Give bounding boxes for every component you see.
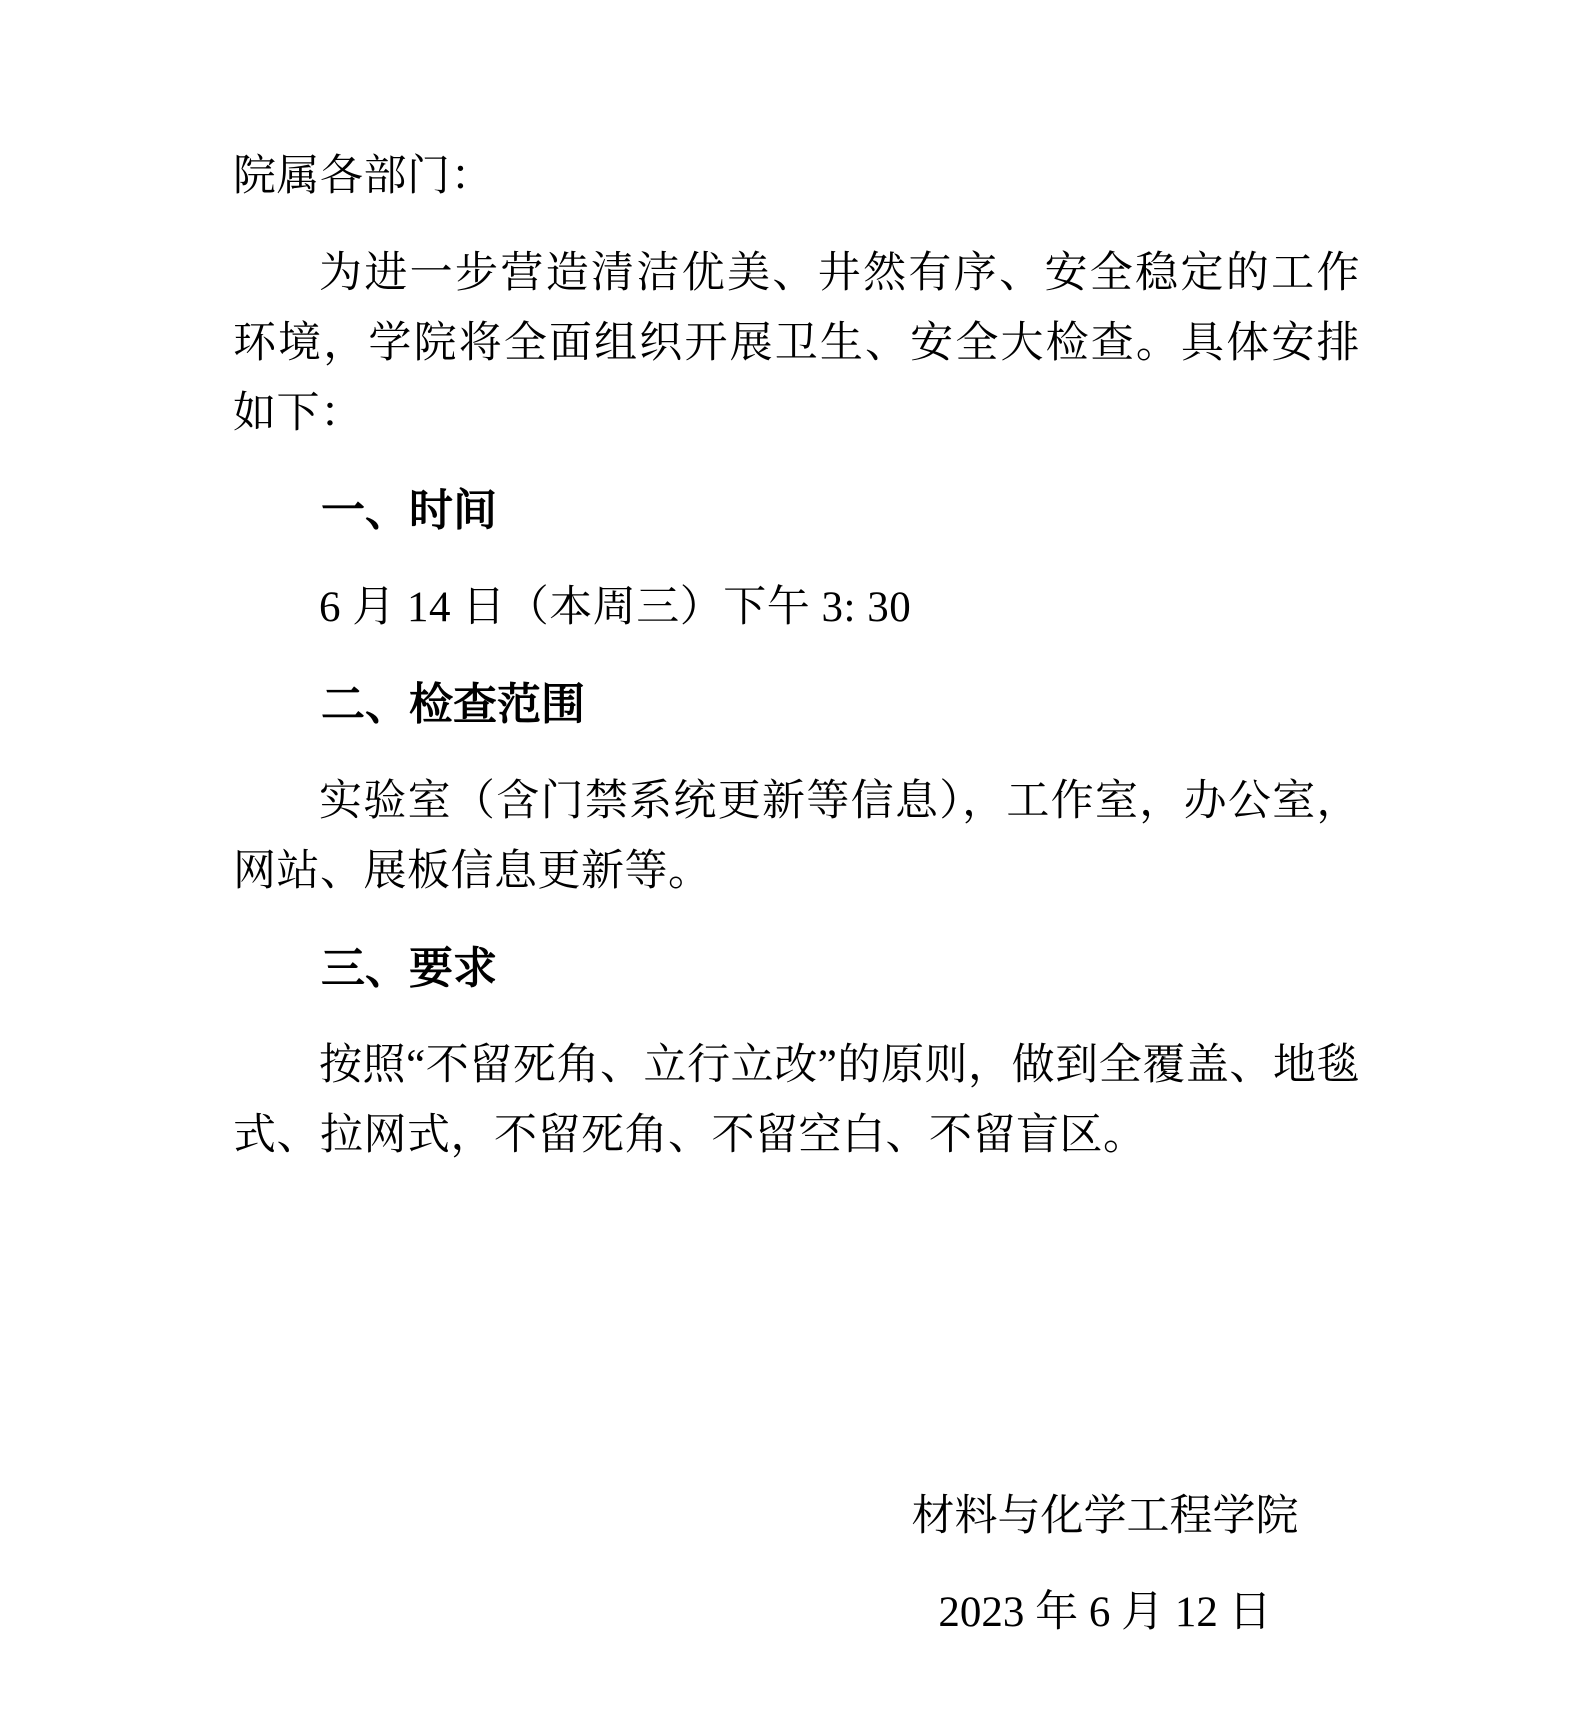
- section-time-heading: 一、时间: [233, 476, 1360, 546]
- section-scope-heading: 二、检查范围: [233, 670, 1360, 740]
- section-requirements-heading: 三、要求: [233, 934, 1360, 1004]
- signature-organization: 材料与化学工程学院: [905, 1482, 1305, 1552]
- salutation-line: 院属各部门：: [233, 142, 1360, 212]
- signature-date: 2023 年 6 月 12 日: [905, 1578, 1305, 1648]
- intro-paragraph: 为进一步营造清洁优美、井然有序、安全稳定的工作环境，学院将全面组织开展卫生、安全…: [233, 239, 1360, 449]
- section-scope-body: 实验室（含门禁系统更新等信息），工作室，办公室，网站、展板信息更新等。: [233, 767, 1360, 907]
- signature-block: 材料与化学工程学院 2023 年 6 月 12 日: [905, 1482, 1305, 1648]
- section-time-body: 6 月 14 日（本周三）下午 3: 30: [233, 573, 1360, 643]
- section-requirements-body: 按照“不留死角、立行立改”的原则，做到全覆盖、地毯式、拉网式，不留死角、不留空白…: [233, 1031, 1360, 1171]
- notice-document-page: 院属各部门： 为进一步营造清洁优美、井然有序、安全稳定的工作环境，学院将全面组织…: [0, 0, 1587, 1729]
